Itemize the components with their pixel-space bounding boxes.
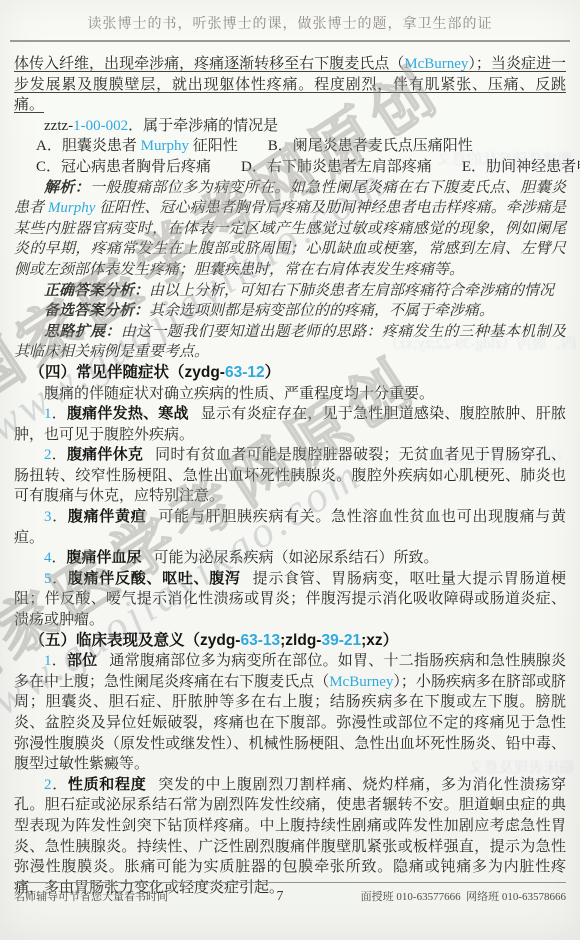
page-footer: 7 名师辅导可节省您大量看书时间 面授班 010-63577666 网络班 01… bbox=[14, 882, 566, 904]
options-row-1: A．胆囊炎患者 Murphy 征阳性 B．阑尾炎患者麦氏点压痛阳性 bbox=[14, 136, 566, 157]
alternative-answer-paragraph: 备选答案分析：其余选项则都是病变部位的的疼痛，不属于牵涉痛。 bbox=[14, 301, 566, 322]
idea-extension-label: 思路扩展： bbox=[44, 324, 121, 340]
mcburney-term: McBurney bbox=[329, 674, 393, 690]
question-stem: zztz-1-00-002．属于牵涉痛的情况是 bbox=[14, 116, 566, 137]
symptom-item-1: 1．腹痛伴发热、寒战显示有炎症存在，见于急性胆道感染、腹腔脓肿、肝脓肿，也可见于… bbox=[14, 404, 566, 445]
option-b: B．阑尾炎患者麦氏点压痛阳性 bbox=[268, 136, 473, 157]
question-prefix: zztz- bbox=[44, 118, 73, 134]
item-number: 4 bbox=[44, 550, 52, 566]
page-number: 7 bbox=[14, 888, 546, 904]
symptom-item-4: 4．腹痛伴血尿可能为泌尿系疾病（如泌尿系结石）所致。 bbox=[14, 548, 566, 569]
item-number: 1 bbox=[44, 406, 52, 422]
correct-answer-label: 正确答案分析： bbox=[44, 283, 149, 299]
options-row-2: C．冠心病患者胸骨后疼痛 D．右下肺炎患者左肩部疼痛 E．肋间神经患者电击样疼痛 bbox=[14, 157, 566, 178]
murphy-term: Murphy bbox=[48, 200, 96, 216]
mcburney-term: McBurney bbox=[404, 56, 468, 72]
item-number: 2 bbox=[44, 777, 52, 793]
header-slogan: 读张博士的书，听张博士的课，做张博士的题，拿卫生部的证 bbox=[0, 0, 580, 33]
analysis-paragraph: 解析：一般腹痛部位多为病变所在。如急性阑尾炎痛在右下腹麦氏点、胆囊炎患者 Mur… bbox=[14, 178, 566, 281]
option-e: E．肋间神经患者电击样疼痛 bbox=[462, 157, 580, 178]
question-code: 1-00-002 bbox=[73, 118, 128, 134]
item-number: 5 bbox=[44, 571, 52, 587]
item-number: 1 bbox=[44, 653, 52, 669]
item-number: 2 bbox=[44, 447, 52, 463]
correct-answer-paragraph: 正确答案分析：由以上分析，可知右下肺炎患者左肩部疼痛符合牵涉痛的情况 bbox=[14, 281, 566, 302]
alternative-answer-label: 备选答案分析： bbox=[44, 303, 149, 319]
section-4-intro: 腹痛的伴随症状对确立疾病的性质、严重程度均十分重要。 bbox=[14, 384, 566, 405]
clinical-item-1: 1．部位通常腹痛部位多为病变所在部位。如胃、十二指肠疾病和急性胰腺炎多在中上腹；… bbox=[14, 651, 566, 775]
option-c: C．冠心病患者胸骨后疼痛 bbox=[36, 157, 211, 178]
intro-paragraph: 体传入纤维，出现牵涉痛，疼痛逐渐转移至右下腹麦氏点（McBurney）；当炎症进… bbox=[14, 54, 566, 116]
section-code: 63-13 bbox=[240, 632, 280, 649]
murphy-term: Murphy bbox=[141, 138, 189, 154]
option-a: A．胆囊炎患者 Murphy 征阳性 bbox=[36, 136, 238, 157]
symptom-item-2: 2．腹痛伴休克同时有贫血者可能是腹腔脏器破裂；无贫血者见于胃肠穿孔、肠扭转、绞窄… bbox=[14, 445, 566, 507]
scanned-book-page: 腹痛伴随症状的意义 四、腹泻（zldg-39-22;zy;xz） （四）常见伴随… bbox=[0, 0, 580, 940]
section-5-heading: （五）临床表现及意义（zydg-63-13;zldg-39-21;xz） bbox=[14, 631, 566, 652]
item-number: 3 bbox=[44, 509, 52, 525]
clinical-item-2: 2．性质和程度突发的中上腹剧烈刀割样痛、烧灼样痛，多为消化性溃疡穿孔。胆石症或泌… bbox=[14, 775, 566, 899]
analysis-label: 解析： bbox=[44, 180, 90, 196]
idea-extension-paragraph: 思路扩展：由这一题我们要知道出题老师的思路：疼痛发生的三种基本机制及其临床相关病… bbox=[14, 322, 566, 363]
option-d: D．右下肺炎患者左肩部疼痛 bbox=[241, 157, 432, 178]
intro-text: 体传入纤维，出现牵涉痛，疼痛逐渐转移至右下腹麦氏点（ bbox=[14, 56, 404, 72]
section-code: 63-12 bbox=[225, 364, 265, 381]
section-code: 39-21 bbox=[321, 632, 361, 649]
symptom-item-3: 3．腹痛伴黄疸可能与肝胆胰疾病有关。急性溶血性贫血也可出现腹痛与黄疸。 bbox=[14, 507, 566, 548]
page-body: 体传入纤维，出现牵涉痛，疼痛逐渐转移至右下腹麦氏点（McBurney）；当炎症进… bbox=[0, 42, 580, 898]
question-text: ．属于牵涉痛的情况是 bbox=[128, 118, 278, 134]
section-4-heading: （四）常见伴随症状（zydg-63-12） bbox=[14, 363, 566, 384]
symptom-item-5: 5．腹痛伴反酸、呕吐、腹泻提示食管、胃肠病变，呕吐量大提示胃肠道梗阻；伴反酸、嗳… bbox=[14, 569, 566, 631]
